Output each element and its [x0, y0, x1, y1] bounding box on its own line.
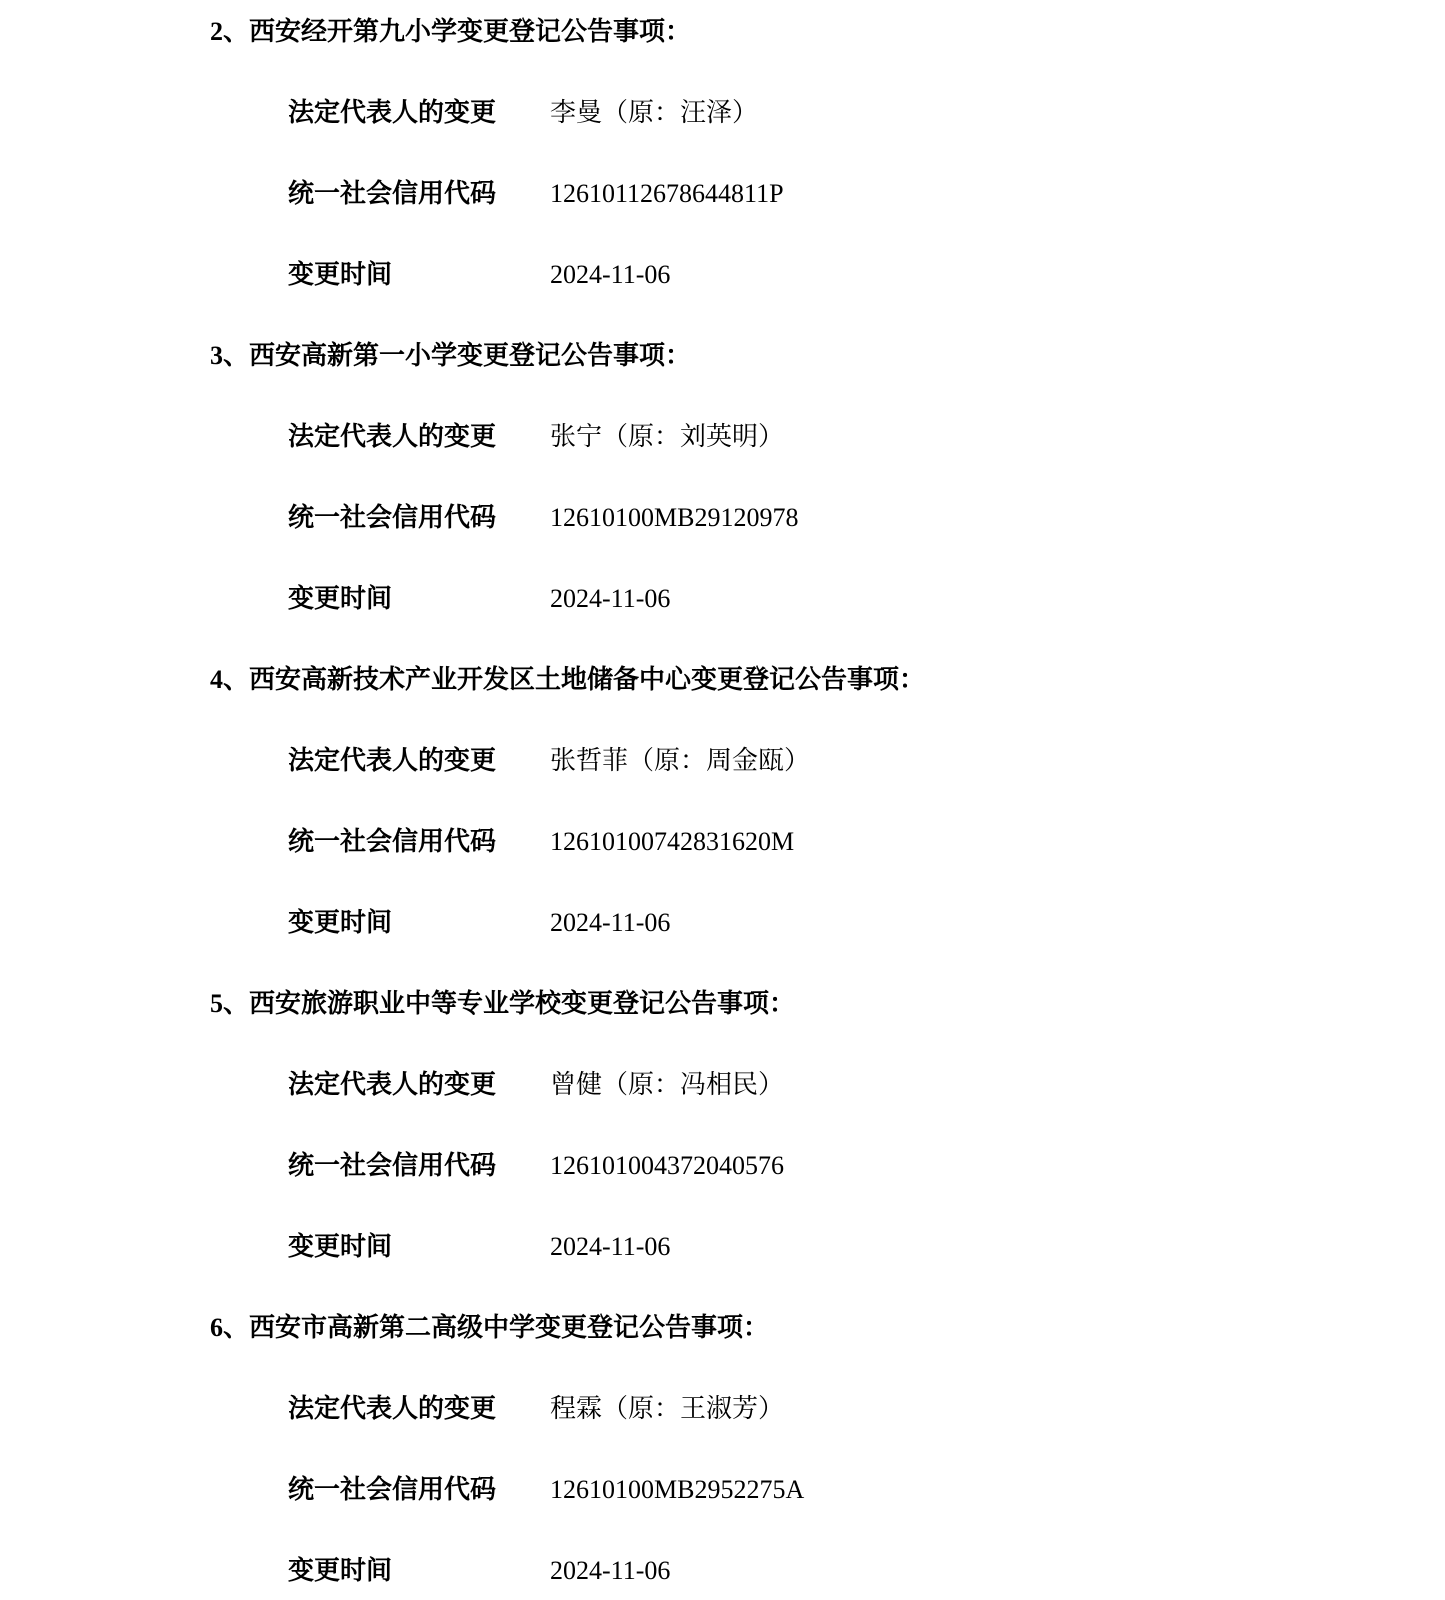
section-heading: 2、西安经开第九小学变更登记公告事项：: [210, 17, 691, 47]
section-heading-row: 3、西安高新第一小学变更登记公告事项：: [0, 341, 1445, 371]
announcement-section-5: 5、西安旅游职业中等专业学校变更登记公告事项： 法定代表人的变更 曾健（原：冯相…: [0, 989, 1445, 1262]
announcement-section-3: 3、西安高新第一小学变更登记公告事项： 法定代表人的变更 张宁（原：刘英明） 统…: [0, 341, 1445, 614]
field-row-legal-representative: 法定代表人的变更 李曼（原：汪泽）: [0, 98, 1445, 128]
field-label-credit-code: 统一社会信用代码: [288, 503, 496, 533]
field-value-legal-representative: 张宁（原：刘英明）: [550, 422, 784, 452]
field-value-credit-code: 12610100MB29120978: [550, 503, 798, 533]
field-row-change-date: 变更时间 2024-11-06: [0, 1556, 1445, 1586]
field-label-legal-representative: 法定代表人的变更: [288, 98, 496, 128]
field-value-credit-code: 126101004372040576: [550, 1151, 784, 1181]
field-value-change-date: 2024-11-06: [550, 1556, 670, 1586]
announcement-section-2: 2、西安经开第九小学变更登记公告事项： 法定代表人的变更 李曼（原：汪泽） 统一…: [0, 17, 1445, 290]
field-value-credit-code: 12610112678644811P: [550, 179, 784, 209]
section-heading-row: 2、西安经开第九小学变更登记公告事项：: [0, 17, 1445, 47]
field-label-legal-representative: 法定代表人的变更: [288, 746, 496, 776]
field-row-credit-code: 统一社会信用代码 12610100MB29120978: [0, 503, 1445, 533]
field-label-credit-code: 统一社会信用代码: [288, 827, 496, 857]
field-label-credit-code: 统一社会信用代码: [288, 179, 496, 209]
section-heading-row: 5、西安旅游职业中等专业学校变更登记公告事项：: [0, 989, 1445, 1019]
field-label-change-date: 变更时间: [288, 260, 392, 290]
field-row-change-date: 变更时间 2024-11-06: [0, 908, 1445, 938]
field-value-change-date: 2024-11-06: [550, 1232, 670, 1262]
field-row-credit-code: 统一社会信用代码 126101004372040576: [0, 1151, 1445, 1181]
field-label-legal-representative: 法定代表人的变更: [288, 422, 496, 452]
document-page: 2、西安经开第九小学变更登记公告事项： 法定代表人的变更 李曼（原：汪泽） 统一…: [0, 0, 1445, 1600]
field-value-legal-representative: 曾健（原：冯相民）: [550, 1070, 784, 1100]
field-label-change-date: 变更时间: [288, 1556, 392, 1586]
field-row-change-date: 变更时间 2024-11-06: [0, 584, 1445, 614]
section-heading: 3、西安高新第一小学变更登记公告事项：: [210, 341, 691, 371]
field-value-change-date: 2024-11-06: [550, 908, 670, 938]
section-heading: 4、西安高新技术产业开发区土地储备中心变更登记公告事项：: [210, 665, 925, 695]
field-label-change-date: 变更时间: [288, 1232, 392, 1262]
section-heading: 6、西安市高新第二高级中学变更登记公告事项：: [210, 1313, 769, 1343]
field-row-credit-code: 统一社会信用代码 12610100MB2952275A: [0, 1475, 1445, 1505]
section-heading-row: 6、西安市高新第二高级中学变更登记公告事项：: [0, 1313, 1445, 1343]
field-value-legal-representative: 李曼（原：汪泽）: [550, 98, 758, 128]
field-value-credit-code: 12610100MB2952275A: [550, 1475, 804, 1505]
announcement-section-6: 6、西安市高新第二高级中学变更登记公告事项： 法定代表人的变更 程霖（原：王淑芳…: [0, 1313, 1445, 1586]
field-label-legal-representative: 法定代表人的变更: [288, 1070, 496, 1100]
field-label-change-date: 变更时间: [288, 584, 392, 614]
field-label-change-date: 变更时间: [288, 908, 392, 938]
field-value-credit-code: 12610100742831620M: [550, 827, 794, 857]
field-value-change-date: 2024-11-06: [550, 584, 670, 614]
field-row-legal-representative: 法定代表人的变更 程霖（原：王淑芳）: [0, 1394, 1445, 1424]
field-label-credit-code: 统一社会信用代码: [288, 1475, 496, 1505]
field-label-legal-representative: 法定代表人的变更: [288, 1394, 496, 1424]
announcement-section-4: 4、西安高新技术产业开发区土地储备中心变更登记公告事项： 法定代表人的变更 张哲…: [0, 665, 1445, 938]
field-row-change-date: 变更时间 2024-11-06: [0, 260, 1445, 290]
field-value-change-date: 2024-11-06: [550, 260, 670, 290]
field-label-credit-code: 统一社会信用代码: [288, 1151, 496, 1181]
field-row-change-date: 变更时间 2024-11-06: [0, 1232, 1445, 1262]
field-row-legal-representative: 法定代表人的变更 曾健（原：冯相民）: [0, 1070, 1445, 1100]
section-heading-row: 4、西安高新技术产业开发区土地储备中心变更登记公告事项：: [0, 665, 1445, 695]
field-row-legal-representative: 法定代表人的变更 张哲菲（原：周金瓯）: [0, 746, 1445, 776]
field-value-legal-representative: 张哲菲（原：周金瓯）: [550, 746, 810, 776]
section-heading: 5、西安旅游职业中等专业学校变更登记公告事项：: [210, 989, 795, 1019]
field-row-legal-representative: 法定代表人的变更 张宁（原：刘英明）: [0, 422, 1445, 452]
field-value-legal-representative: 程霖（原：王淑芳）: [550, 1394, 784, 1424]
field-row-credit-code: 统一社会信用代码 12610112678644811P: [0, 179, 1445, 209]
field-row-credit-code: 统一社会信用代码 12610100742831620M: [0, 827, 1445, 857]
